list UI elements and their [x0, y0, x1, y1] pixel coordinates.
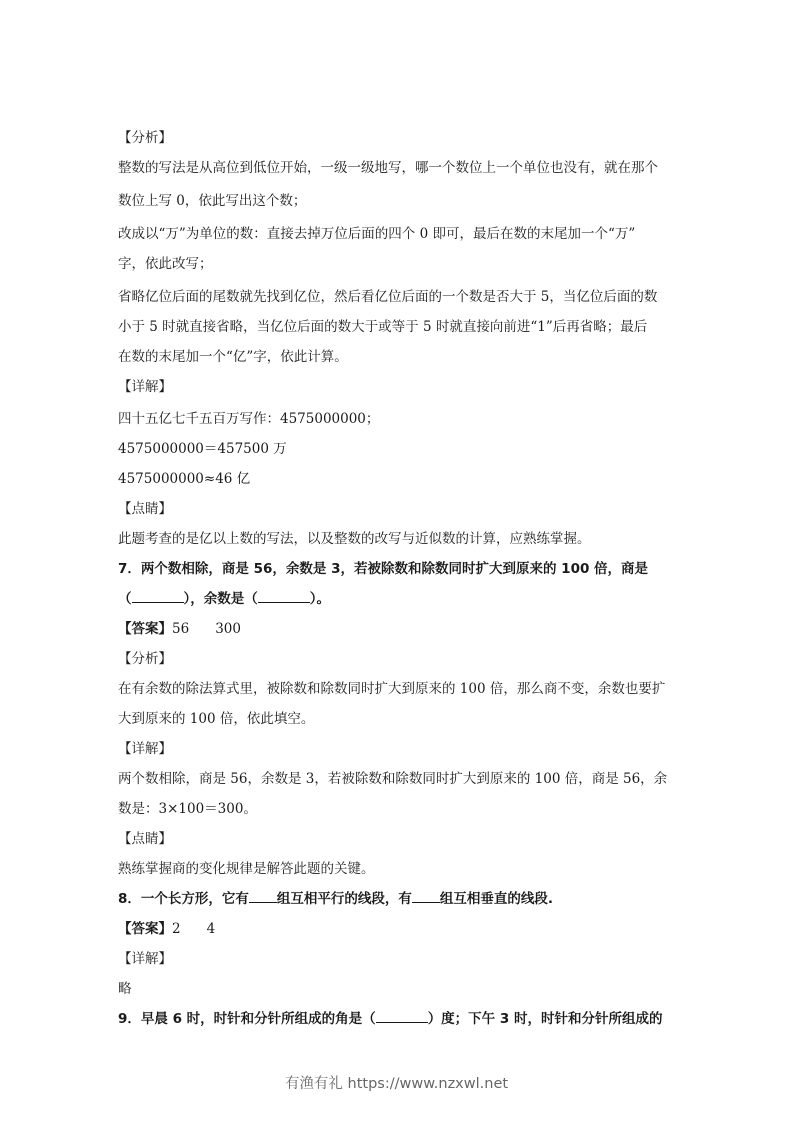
section-label-comment: 【点睛】 [118, 500, 172, 518]
analysis-line: 小于 5 时就直接省略，当亿位后面的数大于或等于 5 时就直接向前进“1”后再省… [118, 318, 647, 336]
analysis-line: 大到原来的 100 倍，依此填空。 [118, 710, 314, 728]
answer-blank-perpendicular [412, 890, 440, 903]
answer-blank-angle [376, 1010, 428, 1023]
paren-open: （ [118, 591, 132, 607]
answer-blank-quotient [132, 590, 184, 603]
detail-text: 略 [118, 980, 132, 998]
question-7-blanks: （），余数是（）。 [118, 590, 330, 608]
answer-value: 56 [172, 621, 189, 637]
section-label-detail: 【详解】 [118, 740, 172, 758]
analysis-line: 整数的写法是从高位到低位开始，一级一级地写，哪一个数位上一个单位也没有，就在那个 [118, 159, 658, 177]
question-8-part: 8．一个长方形，它有 [118, 891, 249, 907]
question-8-part: 组互相垂直的线段. [440, 891, 553, 907]
analysis-line: 在有余数的除法算式里，被除数和除数同时扩大到原来的 100 倍，那么商不变，余数… [118, 680, 665, 698]
footer-watermark: 有渔有礼 https://www.nzxwl.net [0, 1072, 793, 1093]
answer-value: 300 [215, 621, 241, 637]
question-7-text: 7．两个数相除，商是 56，余数是 3，若被除数和除数同时扩大到原来的 100 … [118, 560, 648, 578]
section-label-answer: 【答案】 [118, 921, 172, 937]
analysis-line: 省略亿位后面的尾数就先找到亿位，然后看亿位后面的一个数是否大于 5，当亿位后面的… [118, 288, 657, 306]
section-label-detail: 【详解】 [118, 378, 172, 396]
answer-line: 【答案】56300 [118, 620, 241, 638]
comment-text: 此题考查的是亿以上数的写法，以及整数的改写与近似数的计算，应熟练掌握。 [118, 530, 591, 548]
comment-text: 熟练掌握商的变化规律是解答此题的关键。 [118, 860, 375, 878]
section-label-detail: 【详解】 [118, 950, 172, 968]
answer-value: 2 [172, 921, 181, 937]
detail-line: 4575000000≈46 亿 [118, 470, 250, 488]
answer-blank-remainder [258, 590, 310, 603]
answer-blank-parallel [249, 890, 277, 903]
detail-line: 4575000000＝457500 万 [118, 440, 287, 458]
paren-close: ）。 [310, 591, 330, 607]
detail-line: 四十五亿七千五百万写作：4575000000； [118, 410, 379, 428]
analysis-line: 数位上写 0，依此写出这个数； [118, 192, 306, 210]
detail-line: 两个数相除，商是 56，余数是 3，若被除数和除数同时扩大到原来的 100 倍，… [118, 770, 667, 788]
remainder-prompt: ），余数是（ [184, 591, 258, 607]
question-9-part: ）度；下午 3 时，时针和分针所组成的 [428, 1011, 663, 1027]
section-label-comment: 【点睛】 [118, 830, 172, 848]
question-8-text: 8．一个长方形，它有组互相平行的线段，有组互相垂直的线段. [118, 890, 553, 908]
question-9-part: 9．早晨 6 时，时针和分针所组成的角是（ [118, 1011, 376, 1027]
answer-line: 【答案】24 [118, 920, 215, 938]
analysis-line: 字，依此改写； [118, 255, 213, 273]
analysis-line: 在数的末尾加一个“亿”字，依此计算。 [118, 348, 348, 366]
section-label-answer: 【答案】 [118, 621, 172, 637]
question-9-text: 9．早晨 6 时，时针和分针所组成的角是（）度；下午 3 时，时针和分针所组成的 [118, 1010, 662, 1028]
analysis-line: 改成以“万”为单位的数：直接去掉万位后面的四个 0 即可，最后在数的末尾加一个“… [118, 225, 635, 243]
question-8-part: 组互相平行的线段，有 [277, 891, 412, 907]
section-label-analysis: 【分析】 [118, 650, 172, 668]
detail-line: 数是：3×100＝300。 [118, 800, 257, 818]
section-label-analysis: 【分析】 [118, 129, 172, 147]
answer-value: 4 [207, 921, 216, 937]
